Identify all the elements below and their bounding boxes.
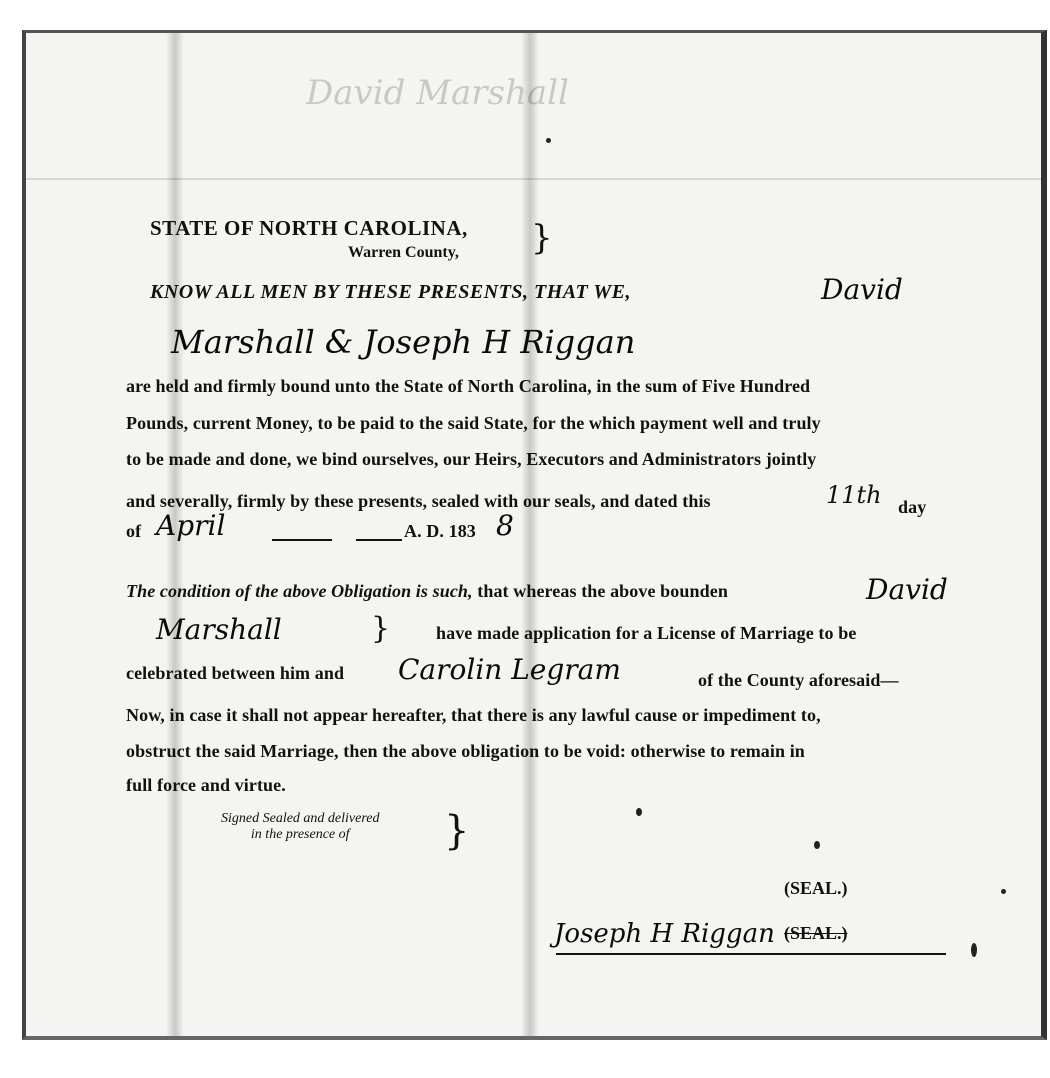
handwritten-day: 11th [826,481,882,509]
handwritten-bride: Carolin Legram [398,653,621,686]
condition-brace: } [371,611,390,646]
ink-speck [1001,889,1006,894]
condition-line-6: full force and virtue. [126,775,286,796]
seal-2: (SEAL.) [784,923,848,944]
anno-domini: A. D. 183 [404,521,476,542]
handwritten-month: April [156,509,225,542]
ink-speck [814,841,820,849]
handwritten-groom-surname: Marshall [156,613,282,646]
blank-line [272,539,332,541]
preamble: KNOW ALL MEN BY THESE PRESENTS, THAT WE, [150,281,631,304]
witness-line-2: in the presence of [221,827,379,843]
signature: Joseph H Riggan [554,919,775,949]
day-label: day [898,497,926,518]
handwritten-groom: David [866,573,948,606]
header-brace: } [531,218,553,258]
condition-line-2: have made application for a License of M… [436,623,856,644]
seal-1: (SEAL.) [784,878,848,899]
paper-fold [26,178,1041,180]
ink-speck [546,138,551,143]
witness-line-1: Signed Sealed and delivered [221,811,379,827]
bleed-through-docket: David Marshall [306,73,569,113]
condition-line-3-start: celebrated between him and [126,663,344,684]
condition-line-4: Now, in case it shall not appear hereaft… [126,705,821,726]
document-page: David Marshall STATE OF NORTH CAROLINA, … [22,30,1047,1040]
blank-line [356,539,402,541]
signature-line [556,953,946,955]
ink-speck [636,808,642,816]
condition-lead-rest: that whereas the above bounden [477,581,728,601]
handwritten-bondsmen-names: Marshall & Joseph H Riggan [171,323,635,361]
of-label: of [126,521,141,542]
ink-speck [971,943,977,957]
handwritten-year-digit: 8 [496,509,514,542]
bond-line-3: to be made and done, we bind ourselves, … [126,449,816,470]
condition-lead: The condition of the above Obligation is… [126,581,473,601]
state-heading: STATE OF NORTH CAROLINA, [150,216,468,241]
county-heading: Warren County, [348,244,459,262]
condition-line-1: The condition of the above Obligation is… [126,581,728,602]
witness-block: Signed Sealed and delivered in the prese… [221,811,379,843]
condition-line-3-end: of the County aforesaid— [698,670,899,691]
handwritten-bondsman-first: David [821,273,903,306]
bond-line-2: Pounds, current Money, to be paid to the… [126,413,821,434]
paper-fold [521,33,539,1036]
witness-brace: } [444,808,469,854]
condition-line-5: obstruct the said Marriage, then the abo… [126,741,805,762]
bond-line-1: are held and firmly bound unto the State… [126,376,810,397]
